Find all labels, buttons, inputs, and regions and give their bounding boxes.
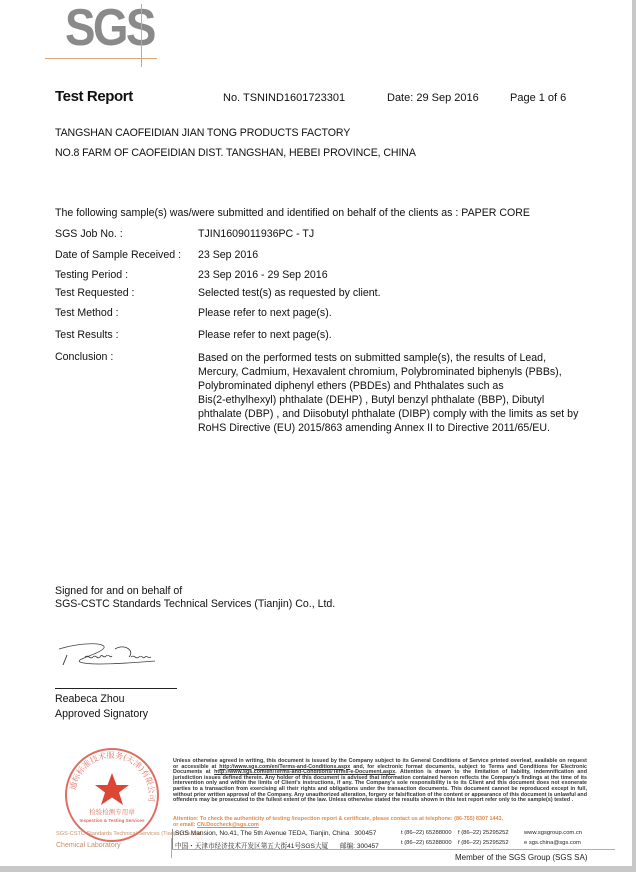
conclusion-line: Based on the performed tests on submitte… [198, 351, 578, 365]
signatory: Reabeca Zhou Approved Signatory [55, 692, 148, 722]
postcode-english: 300457 [354, 830, 376, 837]
signatory-name: Reabeca Zhou [55, 692, 148, 707]
field-value: Please refer to next page(s). [198, 329, 332, 341]
attention-line-2: or email: CN.Doccheck@sgs.com [173, 822, 503, 828]
seal-english-text: Inspection & Testing Services [79, 818, 144, 823]
field-label: Test Results : [55, 329, 119, 341]
handwritten-signature [55, 635, 165, 680]
fax-2: f (86–22) 25295252 [458, 840, 509, 846]
fax-1: f (86–22) 25295252 [458, 830, 509, 836]
field-value: 23 Sep 2016 - 29 Sep 2016 [198, 269, 328, 281]
report-number: No. TSNIND1601723301 [223, 92, 345, 104]
sgs-logo: SGS [45, 4, 157, 66]
address-english-row: SGS Mansion, No.41, The 5th Avenue TEDA,… [175, 830, 376, 837]
signed-line-2: SGS-CSTC Standards Technical Services (T… [55, 598, 335, 611]
disclaimer-text: . Attention is drawn to the limitation o… [173, 769, 587, 803]
address-divider [172, 829, 173, 849]
authenticity-notice: Attention: To check the authenticity of … [173, 816, 503, 828]
client-address: NO.8 FARM OF CAOFEIDIAN DIST. TANGSHAN, … [55, 147, 416, 159]
telephone-2: t (86–22) 65288000 [401, 840, 452, 846]
page-indicator: Page 1 of 6 [510, 92, 566, 104]
field-value: TJIN1609011936PC - TJ [198, 228, 314, 240]
field-label: Test Requested : [55, 287, 135, 299]
report-title: Test Report [55, 88, 133, 105]
conclusion-line: Bis(2-ethylhexyl) phthalate (DEHP) , But… [198, 393, 578, 407]
conclusion-line: Mercury, Cadmium, Hexavalent chromium, P… [198, 365, 578, 379]
report-date: Date: 29 Sep 2016 [387, 92, 479, 104]
field-value: Selected test(s) as requested by client. [198, 287, 381, 299]
field-label: SGS Job No. : [55, 228, 123, 240]
conclusion-label: Conclusion : [55, 351, 113, 363]
field-value: 23 Sep 2016 [198, 249, 258, 261]
logo-vertical-rule [141, 4, 142, 67]
conclusion-text: Based on the performed tests on submitte… [198, 351, 578, 435]
conclusion-line: RoHS Directive (EU) 2015/863 amending An… [198, 421, 578, 435]
client-name: TANGSHAN CAOFEIDIAN JIAN TONG PRODUCTS F… [55, 127, 350, 139]
report-page: SGS Test Report No. TSNIND1601723301 Dat… [0, 0, 632, 866]
footer-rule [171, 849, 615, 850]
field-value: Please refer to next page(s). [198, 307, 332, 319]
attention-prefix: or email: [173, 822, 197, 828]
address-english: SGS Mansion, No.41, The 5th Avenue TEDA,… [175, 830, 349, 837]
legal-disclaimer: Unless otherwise agreed in writing, this… [173, 759, 587, 804]
signature-line [55, 688, 177, 689]
field-label: Testing Period : [55, 269, 128, 281]
footer-vertical-rule [171, 838, 172, 858]
sample-intro: The following sample(s) was/were submitt… [55, 207, 530, 219]
website: www.sgsgroup.com.cn [524, 830, 582, 836]
conclusion-line: phthalate (DBP) , and Diisobutyl phthala… [198, 407, 578, 421]
signatory-title: Approved Signatory [55, 707, 148, 722]
telephone-1: t (86–22) 65288000 [401, 830, 452, 836]
signed-on-behalf: Signed for and on behalf of SGS-CSTC Sta… [55, 585, 335, 611]
doccheck-email-link[interactable]: CN.Doccheck@sgs.com [197, 822, 259, 828]
signed-line-1: Signed for and on behalf of [55, 585, 335, 598]
seal-center-text: 检验检测专用章 [89, 807, 135, 816]
conclusion-line: Polybrominated diphenyl ethers (PBDEs) a… [198, 379, 578, 393]
email-contact: e sgs.china@sgs.com [524, 840, 581, 846]
field-label: Date of Sample Received : [55, 249, 181, 261]
member-notice: Member of the SGS Group (SGS SA) [455, 853, 588, 862]
field-label: Test Method : [55, 307, 119, 319]
